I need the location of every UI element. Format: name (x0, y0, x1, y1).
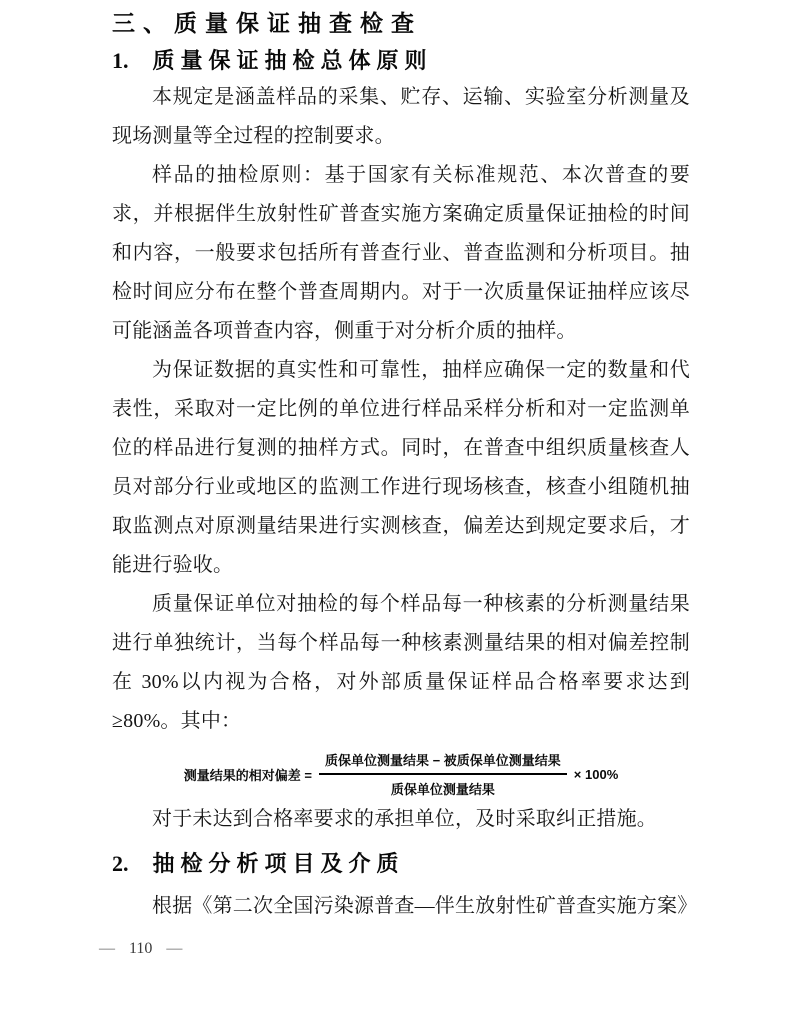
paragraph-corrective-measures: 对于未达到合格率要求的承担单位，及时采取纠正措施。 (112, 800, 690, 839)
paragraph-sampling-principles: 样品的抽检原则：基于国家有关标准规范、本次普查的要求，并根据伴生放射性矿普查实施… (112, 156, 690, 351)
section-heading: 三、质量保证抽查检查 (112, 10, 690, 36)
paragraph-deviation-criteria: 质量保证单位对抽检的每个样品每一种核素的分析测量结果进行单独统计，当每个样品每一… (112, 585, 690, 741)
footer-dash-right: — (166, 940, 182, 958)
footer-dash-left: — (99, 940, 115, 958)
subsection-2-heading: 2. 抽检分析项目及介质 (112, 851, 690, 877)
formula-lhs: 测量结果的相对偏差 = (184, 765, 312, 784)
formula-numerator: 质保单位测量结果 − 被质保单位测量结果 (319, 750, 567, 775)
formula-fraction: 质保单位测量结果 − 被质保单位测量结果 质保单位测量结果 (319, 750, 567, 798)
page-footer: — 110 — (99, 940, 182, 958)
document-page: 三、质量保证抽查检查 1. 质量保证抽检总体原则 本规定是涵盖样品的采集、贮存、… (0, 0, 800, 1031)
paragraph-scope: 本规定是涵盖样品的采集、贮存、运输、实验室分析测量及现场测量等全过程的控制要求。 (112, 78, 690, 156)
relative-deviation-formula: 测量结果的相对偏差 = 质保单位测量结果 − 被质保单位测量结果 质保单位测量结… (112, 750, 690, 798)
subsection-1-title: 质量保证抽检总体原则 (153, 48, 433, 74)
subsection-2-number: 2. (112, 851, 129, 877)
subsection-1-heading: 1. 质量保证抽检总体原则 (112, 48, 690, 74)
subsection-1-number: 1. (112, 48, 129, 74)
page-number: 110 (129, 940, 152, 958)
formula-multiplier: × 100% (574, 767, 618, 782)
document-content: 三、质量保证抽查检查 1. 质量保证抽检总体原则 本规定是涵盖样品的采集、贮存、… (112, 10, 690, 926)
subsection-2-title: 抽检分析项目及介质 (153, 851, 405, 877)
paragraph-data-reliability: 为保证数据的真实性和可靠性，抽样应确保一定的数量和代表性，采取对一定比例的单位进… (112, 351, 690, 585)
paragraph-implementation-plan: 根据《第二次全国污染源普查—伴生放射性矿普查实施方案》 (112, 887, 690, 926)
formula-denominator: 质保单位测量结果 (391, 775, 495, 798)
